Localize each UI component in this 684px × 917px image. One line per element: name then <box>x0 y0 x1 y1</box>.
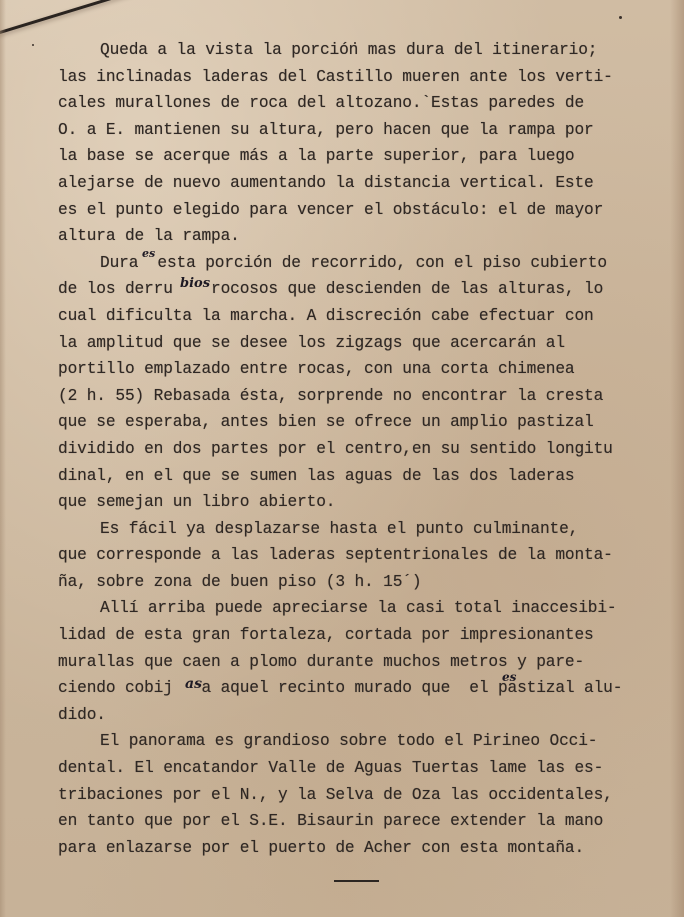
paper-speck <box>619 16 622 19</box>
page-edge-left <box>0 0 6 917</box>
end-separator-line <box>334 880 379 882</box>
text-line: Es fácil ya desplazarse hasta el punto c… <box>58 516 684 543</box>
text-line: (2 h. 55) Rebasada ésta, sorprende no en… <box>58 383 684 410</box>
text-line: El panorama es grandioso sobre todo el P… <box>58 728 684 755</box>
text-line: en tanto que por el S.E. Bisaurin parece… <box>58 808 684 835</box>
text-line: Allí arriba puede apreciarse la casi tot… <box>58 595 684 622</box>
handwritten-annotation-bios: bios <box>180 276 210 291</box>
paper-speck <box>354 42 356 44</box>
typewritten-text-body: Queda a la vista la porción mas dura del… <box>58 37 684 861</box>
text-line: cales murallones de roca del altozano.`E… <box>58 90 684 117</box>
handwritten-annotation-as: as <box>185 676 202 692</box>
text-line: las inclinadas laderas del Castillo muer… <box>58 64 684 91</box>
text-line: lidad de esta gran fortaleza, cortada po… <box>58 622 684 649</box>
text-line: dividido en dos partes por el centro,en … <box>58 436 684 463</box>
text-line: dinal, en el que se sumen las aguas de l… <box>58 463 684 490</box>
text-line: dido. <box>58 702 684 729</box>
text-line: para enlazarse por el puerto de Acher co… <box>58 835 684 862</box>
text-line: la base se acerque más a la parte superi… <box>58 143 684 170</box>
text-line: que corresponde a las laderas septentrio… <box>58 542 684 569</box>
text-line: cual dificulta la marcha. A discreción c… <box>58 303 684 330</box>
text-line: que se esperaba, antes bien se ofrece un… <box>58 409 684 436</box>
text-line: es el punto elegido para vencer el obstá… <box>58 197 684 224</box>
text-line: altura de la rampa. <box>58 223 684 250</box>
paper-speck <box>32 44 34 46</box>
text-line: que semejan un libro abierto. <box>58 489 684 516</box>
handwritten-annotation-es-2: es <box>502 670 516 684</box>
text-line: la amplitud que se desee los zigzags que… <box>58 330 684 357</box>
handwritten-annotation-es: es <box>142 247 155 260</box>
text-line: Queda a la vista la porción mas dura del… <box>58 37 684 64</box>
text-line: de los derru rocosos que descienden de l… <box>58 276 684 303</box>
text-line: tribaciones por el N., y la Selva de Oza… <box>58 782 684 809</box>
text-line: ña, sobre zona de buen piso (3 h. 15´) <box>58 569 684 596</box>
text-line: alejarse de nuevo aumentando la distanci… <box>58 170 684 197</box>
text-line: dental. El encatandor Valle de Aguas Tue… <box>58 755 684 782</box>
text-line: O. a E. mantienen su altura, pero hacen … <box>58 117 684 144</box>
text-line: portillo emplazado entre rocas, con una … <box>58 356 684 383</box>
text-line: murallas que caen a plomo durante muchos… <box>58 649 684 676</box>
text-line: ciendo cobij a aquel recinto murado que … <box>58 675 684 702</box>
